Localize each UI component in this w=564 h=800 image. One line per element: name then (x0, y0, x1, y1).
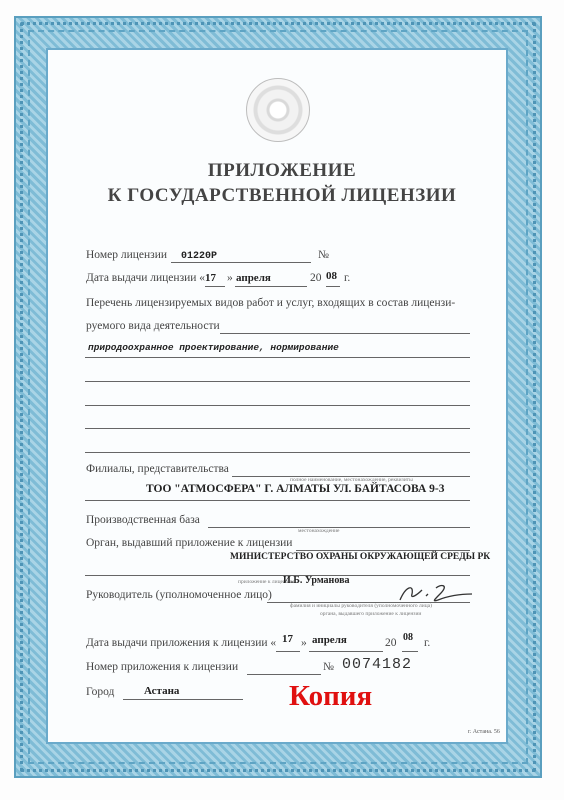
activities-line-1 (85, 357, 470, 358)
appendix-day-close: » (301, 637, 307, 649)
head-name: И.Б. Урманова (283, 575, 349, 586)
document-title-line2: К ГОСУДАРСТВЕННОЙ ЛИЦЕНЗИИ (0, 185, 564, 207)
license-number-value: 01220P (181, 251, 217, 262)
branches-label: Филиалы, представительства (86, 463, 229, 475)
activities-value: природоохранное проектирование, нормиров… (88, 342, 339, 353)
appendix-date-label: Дата выдачи приложения к лицензии « (86, 637, 276, 649)
printer-mark: г. Астана. 56 (468, 729, 500, 735)
issuing-body-value: МИНИСТЕРСТВО ОХРАНЫ ОКРУЖАЮЩЕЙ СРЕДЫ РК (230, 552, 490, 562)
appendix-year: 08 (403, 632, 413, 643)
branches-value-line (85, 500, 470, 501)
license-year-prefix: 20 (310, 272, 322, 284)
activities-line-3 (85, 405, 470, 406)
appendix-year-suffix: г. (424, 637, 430, 649)
license-month: апреля (236, 272, 271, 284)
appendix-month-line (309, 651, 383, 652)
activities-line-2 (85, 381, 470, 382)
activities-line-4 (85, 428, 470, 429)
production-base-label: Производственная база (86, 514, 200, 526)
license-year-suffix: г. (344, 272, 350, 284)
appendix-number-label: Номер приложения к лицензии (86, 661, 238, 673)
appendix-year-prefix: 20 (385, 637, 397, 649)
head-label: Руководитель (уполномоченное лицо) (86, 589, 272, 601)
appendix-day-line (276, 651, 300, 652)
appendix-number-value: 0074182 (342, 656, 412, 673)
head-hint-line2: органа, выдавшего приложение к лицензии (320, 611, 421, 617)
license-number-line (171, 262, 311, 263)
signature-icon (396, 580, 476, 606)
license-date-label: Дата выдачи лицензии « (86, 272, 205, 284)
city-line (123, 699, 243, 700)
activities-line-0 (220, 333, 470, 334)
license-month-line (235, 286, 307, 287)
issuing-body-line (296, 550, 470, 551)
branches-value: ТОО "АТМОСФЕРА" Г. АЛМАТЫ УЛ. БАЙТАСОВА … (146, 483, 445, 495)
license-number-label: Номер лицензии (86, 249, 167, 261)
city-value: Астана (144, 685, 179, 697)
city-label: Город (86, 686, 114, 698)
activities-label-line2: руемого вида деятельности (86, 320, 220, 332)
license-day: 17 (205, 272, 216, 284)
license-year: 08 (326, 270, 337, 282)
license-number-sign: № (318, 249, 329, 261)
issuing-body-value-line (85, 575, 470, 576)
appendix-month: апреля (312, 634, 347, 646)
appendix-number-line (247, 674, 321, 675)
appendix-year-line (402, 651, 418, 652)
license-day-close: » (227, 272, 233, 284)
activities-label-line1: Перечень лицензируемых видов работ и усл… (86, 297, 455, 309)
license-day-line (205, 286, 225, 287)
production-base-hint: местонахождение (298, 528, 340, 534)
appendix-number-sign: № (323, 661, 334, 673)
appendix-day: 17 (282, 633, 293, 645)
activities-line-5 (85, 452, 470, 453)
document-title-line1: ПРИЛОЖЕНИЕ (0, 160, 564, 182)
state-emblem-icon (246, 78, 310, 142)
issuing-body-label: Орган, выдавший приложение к лицензии (86, 537, 292, 549)
license-year-line (326, 286, 340, 287)
copy-stamp: Копия (289, 680, 372, 713)
